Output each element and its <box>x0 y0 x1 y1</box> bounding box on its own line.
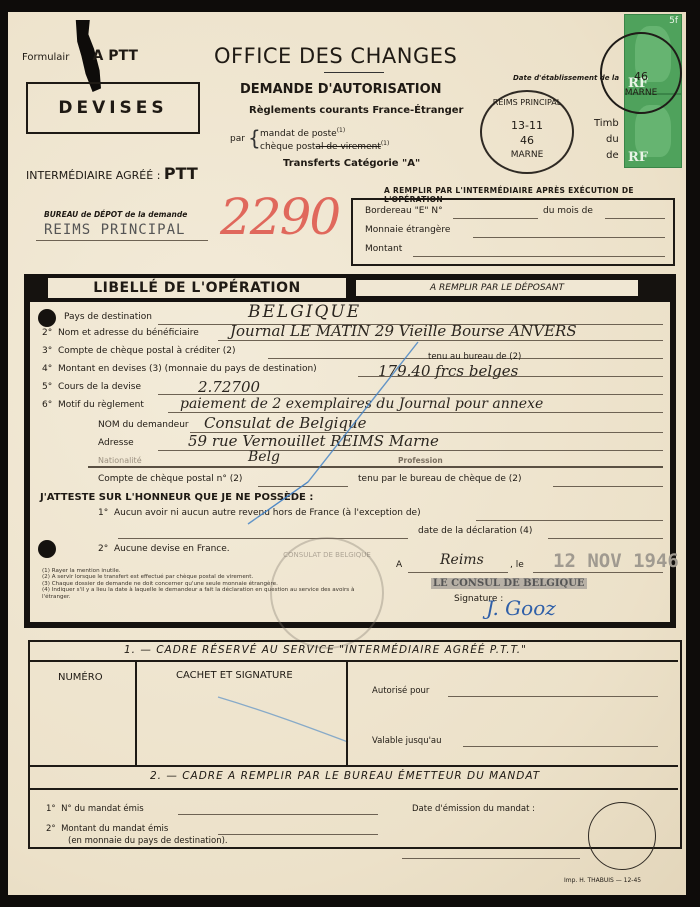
mandat-num-field[interactable] <box>178 814 378 815</box>
cadre1-divider-1 <box>135 661 137 765</box>
cadre1-rule <box>30 660 678 662</box>
cadre1-divider-2 <box>346 661 348 765</box>
postmark-circle-placeholder <box>588 802 656 870</box>
printer-imprint: Imp. H. THABUIS — 12-45 <box>564 877 641 884</box>
cadre-section <box>28 640 682 849</box>
date-emission-field[interactable] <box>402 858 580 859</box>
mandat-num-label: 1° N° du mandat émis <box>46 804 144 814</box>
autorise-field[interactable] <box>448 696 658 697</box>
cadre2-rule <box>30 788 678 790</box>
cadre1-title: 1. — CADRE RÉSERVÉ AU SERVICE "INTERMÉDI… <box>124 644 527 656</box>
mandat-montant-field[interactable] <box>218 834 378 835</box>
valable-field[interactable] <box>463 746 658 747</box>
cadre2-top-rule <box>30 765 678 767</box>
mandat-montant-sub: (en monnaie du pays de destination). <box>68 836 228 846</box>
numero-label: NUMÉRO <box>58 672 103 683</box>
mandat-montant-label: 2° Montant du mandat émis <box>46 824 168 834</box>
date-emission-label: Date d'émission du mandat : <box>412 804 535 814</box>
valable-label: Valable jusqu'au <box>372 736 442 746</box>
document-page: Formulair A PTT DEVISES INTERMÉDIAIRE AG… <box>8 12 686 895</box>
autorise-label: Autorisé pour <box>372 686 429 696</box>
cadre2-title: 2. — CADRE A REMPLIR PAR LE BUREAU ÉMETT… <box>150 770 540 782</box>
cachet-label: CACHET ET SIGNATURE <box>176 670 293 681</box>
